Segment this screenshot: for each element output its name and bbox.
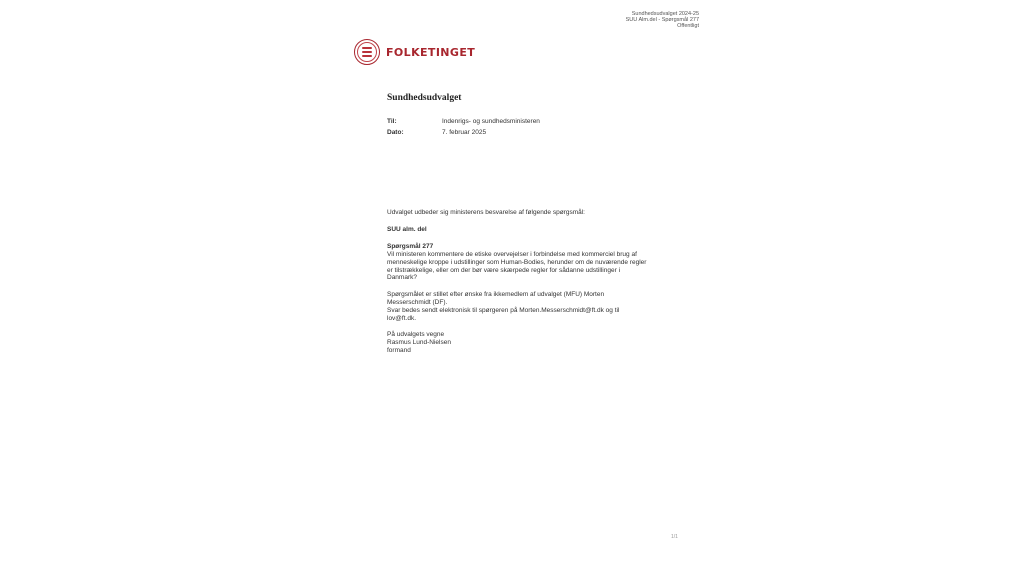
date-value: 7. februar 2025 bbox=[442, 129, 486, 136]
date-label: Dato: bbox=[387, 129, 442, 136]
signature-role: formand bbox=[387, 347, 647, 355]
recipient-row: Til:Indenrigs- og sundhedsministeren bbox=[387, 118, 540, 125]
intro-text: Udvalget udbeder sig ministerens besvare… bbox=[387, 209, 647, 217]
header-line-status: Offentligt bbox=[626, 23, 699, 29]
recipient-value: Indenrigs- og sundhedsministeren bbox=[442, 118, 540, 125]
folketinget-logo: FOLKETINGET bbox=[354, 39, 475, 65]
royal-seal-icon bbox=[354, 39, 380, 65]
document-page: Sundhedsudvalget 2024-25 SUU Alm.del - S… bbox=[0, 0, 1024, 576]
question-title: Spørgsmål 277 bbox=[387, 243, 647, 251]
recipient-label: Til: bbox=[387, 118, 442, 125]
document-header-meta: Sundhedsudvalget 2024-25 SUU Alm.del - S… bbox=[626, 11, 699, 30]
logo-text: FOLKETINGET bbox=[386, 46, 475, 59]
signature-name: Rasmus Lund-Nielsen bbox=[387, 339, 647, 347]
section-label: SUU alm. del bbox=[387, 226, 647, 234]
signature-line-1: På udvalgets vegne bbox=[387, 331, 647, 339]
reply-info-text: Svar bedes sendt elektronisk til spørger… bbox=[387, 307, 647, 323]
committee-title: Sundhedsudvalget bbox=[387, 93, 461, 103]
question-text: Vil ministeren kommentere de etiske over… bbox=[387, 251, 647, 282]
date-row: Dato:7. februar 2025 bbox=[387, 129, 486, 136]
page-number: 1/1 bbox=[671, 534, 678, 540]
asked-by-text: Spørgsmålet er stillet efter ønske fra i… bbox=[387, 291, 647, 307]
